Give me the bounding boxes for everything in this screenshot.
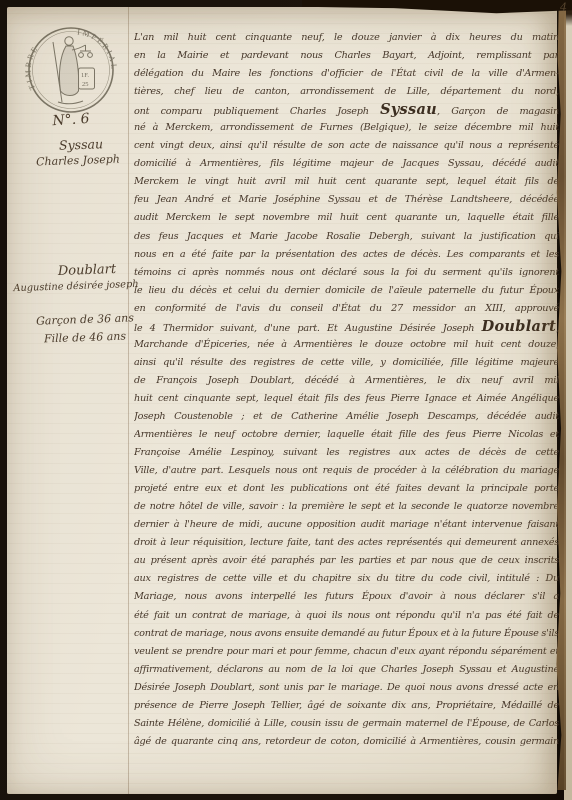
act-line: des feus Jacques et Marie Jacobe Rosalie… bbox=[134, 228, 559, 246]
highlighted-surname: Syssau bbox=[380, 101, 437, 118]
scanned-register-photo: TIMBRE IMPÉRIAL 1F. 25 N°. 6 Syssau Char… bbox=[0, 0, 572, 800]
act-line: cent vingt deux, ainsi qu'il résulte de … bbox=[134, 137, 559, 155]
act-line: feu Jean André et Marie Joséphine Syssau… bbox=[134, 191, 559, 209]
act-line: Sainte Hélène, domicilié à Lille, cousin… bbox=[134, 715, 559, 733]
act-line: âgé de quarante cinq ans, retordeur de c… bbox=[134, 733, 559, 751]
act-line: de François Joseph Doublart, décédé à Ar… bbox=[134, 372, 559, 390]
act-line: né à Merckem, arrondissement de Furnes (… bbox=[134, 119, 559, 137]
act-line: été fait un contrat de mariage, à quoi i… bbox=[134, 607, 559, 625]
act-line: domicilié à Armentières, fils légitime m… bbox=[134, 155, 559, 173]
act-line: Joseph Coustenoble ; et de Catherine Amé… bbox=[134, 408, 559, 426]
imperial-revenue-stamp-icon: TIMBRE IMPÉRIAL 1F. 25 bbox=[23, 25, 119, 121]
act-line: nous en a été faite par la présentation … bbox=[134, 246, 559, 264]
stamp-left-arc-label: TIMBRE bbox=[23, 44, 40, 92]
margin-groom-firstnames: Charles Joseph bbox=[17, 152, 139, 169]
act-line: dernier à l'heure de midi, aucune opposi… bbox=[134, 516, 559, 534]
act-line: Merckem le vingt huit avril mil huit cen… bbox=[134, 173, 559, 191]
margin-groom-age: Garçon de 36 ans bbox=[31, 311, 139, 328]
act-line: Françoise Amélie Lespinoy, suivant les r… bbox=[134, 444, 559, 462]
act-line: Marchande d'Épiceries, née à Armentières… bbox=[134, 336, 559, 354]
act-line: veulent se prendre pour mari et pour fem… bbox=[134, 643, 559, 661]
page-number: 4 bbox=[560, 1, 567, 14]
highlighted-surname: Doublart bbox=[482, 318, 557, 335]
act-line: projeté entre eux et dont les publicatio… bbox=[134, 480, 559, 498]
act-line: L'an mil huit cent cinquante neuf, le do… bbox=[134, 29, 559, 47]
marriage-act-text: L'an mil huit cent cinquante neuf, le do… bbox=[134, 29, 559, 751]
act-line: aux registres de cette ville et du chapi… bbox=[134, 570, 559, 588]
act-line: en conformité de l'avis du conseil d'Éta… bbox=[134, 300, 559, 318]
act-line: délégation du Maire les fonctions d'offi… bbox=[134, 65, 559, 83]
act-line: ont comparu publiquement Charles Joseph … bbox=[134, 101, 559, 119]
margin-groom-surname: Syssau bbox=[31, 135, 131, 153]
act-line: présence de Pierre Joseph Tellier, âgé d… bbox=[134, 697, 559, 715]
svg-text:IMPÉRIAL: IMPÉRIAL bbox=[77, 28, 119, 72]
act-line: contrat de mariage, nous avons ensuite d… bbox=[134, 625, 559, 643]
margin-bride-surname: Doublart bbox=[37, 261, 137, 279]
act-line: le 4 Thermidor suivant, d'une part. Et A… bbox=[134, 318, 559, 336]
act-line: affirmativement, déclarons au nom de la … bbox=[134, 661, 559, 679]
margin-bride-age: Fille de 46 ans bbox=[31, 329, 139, 346]
margin-bride-firstnames: Augustine désirée joseph bbox=[13, 279, 139, 294]
act-line: Armentières le neuf octobre dernier, laq… bbox=[134, 426, 559, 444]
act-line: Désirée Joseph Doublart, sont unis par l… bbox=[134, 679, 559, 697]
stamp-value-bottom: 25 bbox=[82, 81, 89, 88]
act-line: témoins ci après nommés nous ont déclaré… bbox=[134, 264, 559, 282]
margin-rule bbox=[128, 7, 129, 794]
stamp-value-shield: 1F. 25 bbox=[79, 68, 95, 89]
stamp-right-arc-label: IMPÉRIAL bbox=[77, 28, 119, 72]
act-line: au présent après avoir été paraphés par … bbox=[134, 552, 559, 570]
act-line: huit cent cinquante sept, lequel était f… bbox=[134, 390, 559, 408]
svg-text:TIMBRE: TIMBRE bbox=[23, 44, 40, 92]
register-page: TIMBRE IMPÉRIAL 1F. 25 N°. 6 Syssau Char… bbox=[7, 7, 557, 794]
act-line: ainsi qu'il résulte des registres de cet… bbox=[134, 354, 559, 372]
act-line: le lieu du décès et celui du dernier dom… bbox=[134, 282, 559, 300]
act-line: Ville, d'autre part. Lesquels nous ont r… bbox=[134, 462, 559, 480]
act-line: droit à leur réquisition, lecture faite,… bbox=[134, 534, 559, 552]
act-line: en la Mairie et pardevant nous Charles B… bbox=[134, 47, 559, 65]
act-line: audit Merckem le sept novembre mil huit … bbox=[134, 209, 559, 227]
act-line: de notre hôtel de ville, savoir : la pre… bbox=[134, 498, 559, 516]
act-line: tières, chef lieu de canton, arrondissem… bbox=[134, 83, 559, 101]
act-line: Mariage, nous avons interpellé les futur… bbox=[134, 588, 559, 606]
stamp-value-top: 1F. bbox=[81, 72, 89, 79]
